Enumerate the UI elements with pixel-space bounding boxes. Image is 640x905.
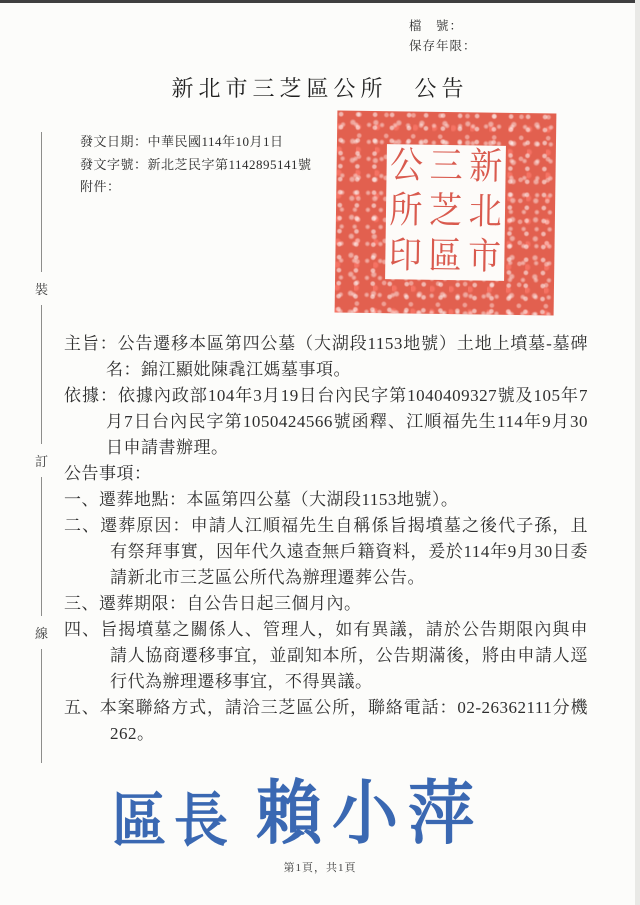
subject-label: 主旨：: [64, 334, 118, 353]
item-text: 遷葬期限：自公告日起三個月內。: [99, 594, 362, 613]
page-number-footer: 第1頁，共1頁: [0, 859, 640, 875]
attachment-label: 附件：: [80, 176, 312, 199]
file-number-label: 檔 號：: [409, 16, 477, 36]
signature-name: 賴小萍: [256, 780, 484, 849]
official-red-seal: 公 三 新 所 芝 北 印 區 市: [335, 110, 557, 315]
announcement-item-3: 三、遷葬期限：自公告日起三個月內。: [64, 591, 588, 617]
seal-char: 所: [389, 193, 423, 230]
seal-char: 區: [428, 239, 462, 276]
scan-edge-top: [0, 0, 640, 3]
announcement-item-1: 一、遷葬地點：本區第四公墓（大湖段1153地號）。: [64, 487, 588, 513]
item-marker: 五、: [64, 698, 100, 717]
seal-char: 三: [429, 149, 463, 186]
binding-mark-ding: 訂: [33, 444, 50, 477]
item-marker: 三、: [64, 594, 99, 613]
seal-char: 北: [468, 194, 502, 231]
document-number: 發文字號：新北芝民字第1142895141號: [80, 154, 312, 177]
basis-text: 依據內政部104年3月19日台內民字第1040409327號及105年7月7日台…: [106, 386, 588, 457]
seal-char: 新: [469, 149, 503, 186]
signature-title: 區長: [112, 792, 236, 850]
item-marker: 四、: [64, 620, 100, 639]
seal-inner-face: 公 三 新 所 芝 北 印 區 市: [385, 144, 506, 281]
announcement-item-2: 二、遷葬原因：申請人江順福先生自稱係旨揭墳墓之後代子孫，且有祭拜事實，因年代久遠…: [64, 513, 588, 591]
scanned-announcement-page: 檔 號： 保存年限： 新北市三芝區公所 公告 發文日期：中華民國114年10月1…: [0, 0, 640, 905]
subject-paragraph: 主旨：公告遷移本區第四公墓（大湖段1153地號）土地上墳墓-墓碑名：錦江顯妣陳毳…: [64, 331, 588, 383]
seal-char: 公: [390, 148, 424, 185]
document-title: 新北市三芝區公所 公告: [0, 72, 640, 103]
district-chief-signature: 區長 賴小萍: [112, 756, 532, 848]
item-text: 遷葬原因：申請人江順福先生自稱係旨揭墳墓之後代子孫，且有祭拜事實，因年代久遠查無…: [100, 516, 588, 587]
item-marker: 二、: [64, 516, 100, 535]
seal-char: 芝: [429, 194, 463, 231]
announcement-item-4: 四、旨揭墳墓之關係人、管理人，如有異議，請於公告期限內與申請人協商遷移事宜，並副…: [64, 617, 588, 695]
item-marker: 一、: [64, 490, 99, 509]
item-text: 遷葬地點：本區第四公墓（大湖段1153地號）。: [99, 490, 458, 509]
issue-date: 發文日期：中華民國114年10月1日: [80, 131, 312, 154]
item-text: 旨揭墳墓之關係人、管理人，如有異議，請於公告期限內與申請人協商遷移事宜，並副知本…: [100, 620, 588, 691]
document-meta: 發文日期：中華民國114年10月1日 發文字號：新北芝民字第1142895141…: [80, 131, 312, 199]
binding-mark-xian: 線: [33, 616, 50, 649]
seal-char: 印: [388, 238, 422, 275]
subject-text: 公告遷移本區第四公墓（大湖段1153地號）土地上墳墓-墓碑名：錦江顯妣陳毳江媽墓…: [106, 334, 588, 379]
announcement-item-5: 五、本案聯絡方式，請洽三芝區公所，聯絡電話：02-26362111分機262。: [64, 695, 588, 747]
basis-label: 依據：: [64, 386, 118, 405]
scan-edge-right: [635, 0, 640, 905]
basis-paragraph: 依據：依據內政部104年3月19日台內民字第1040409327號及105年7月…: [64, 383, 588, 461]
document-body: 主旨：公告遷移本區第四公墓（大湖段1153地號）土地上墳墓-墓碑名：錦江顯妣陳毳…: [64, 331, 588, 747]
retention-period-label: 保存年限：: [409, 36, 477, 56]
file-number-block: 檔 號： 保存年限：: [409, 16, 477, 56]
announcement-items-heading: 公告事項：: [64, 461, 588, 487]
seal-char: 市: [468, 239, 502, 276]
item-text: 本案聯絡方式，請洽三芝區公所，聯絡電話：02-26362111分機262。: [100, 698, 588, 743]
binding-mark-zhuang: 裝: [33, 272, 50, 305]
